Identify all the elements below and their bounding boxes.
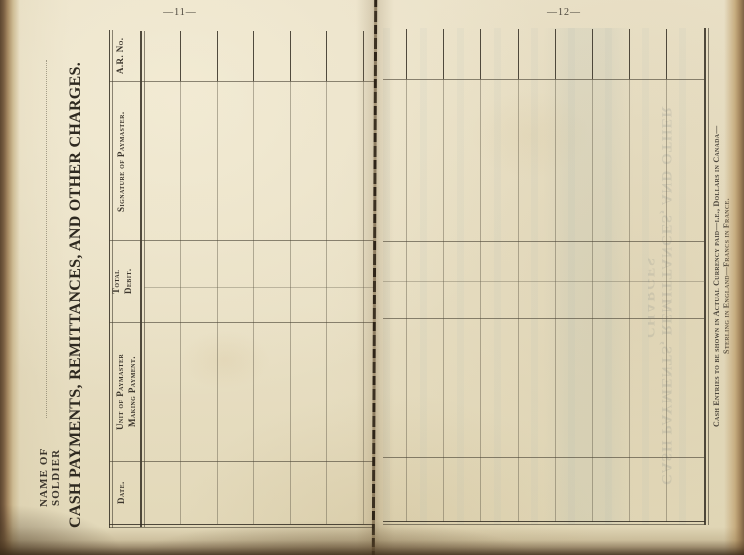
table-rule-line bbox=[109, 240, 374, 241]
table-rule-line bbox=[144, 31, 145, 527]
page-number-left: —11— bbox=[150, 7, 210, 18]
table-rule-line bbox=[518, 29, 519, 79]
table-rule-line bbox=[144, 287, 374, 288]
table-rule-line bbox=[253, 31, 254, 81]
table-rule-line bbox=[518, 79, 519, 522]
soldier-name-dotted-line bbox=[46, 60, 47, 418]
table-rule-line bbox=[290, 31, 291, 81]
table-rule-line bbox=[480, 29, 481, 79]
column-header-unit-of-paymaster: Unit of Paymaster Making Payment. bbox=[114, 326, 140, 458]
table-rule-line bbox=[666, 29, 667, 79]
table-rule-line bbox=[592, 79, 593, 522]
column-header-signature-of-paymaster: Signature of Paymaster. bbox=[115, 86, 130, 238]
column-header-date-line: Date. bbox=[115, 464, 127, 521]
table-rule-line bbox=[326, 81, 327, 524]
table-rule-line bbox=[406, 29, 407, 79]
book-cover-left-edge bbox=[0, 0, 20, 555]
table-rule-line bbox=[109, 524, 374, 525]
page-title: CASH PAYMENTS, REMITTANCES, AND OTHER CH… bbox=[67, 55, 97, 535]
table-rule-line bbox=[555, 29, 556, 79]
table-rule-line bbox=[180, 81, 181, 524]
table-rule-line bbox=[443, 79, 444, 522]
column-header-date: Date. bbox=[115, 464, 130, 521]
column-header-total-debit: Total Debit. bbox=[110, 243, 136, 320]
table-rule-line bbox=[383, 524, 705, 525]
table-rule-line bbox=[406, 79, 407, 522]
table-rule-line bbox=[217, 31, 218, 81]
table-rule-line bbox=[480, 79, 481, 522]
table-rule-line bbox=[629, 79, 630, 522]
table-rule-line bbox=[253, 81, 254, 524]
table-rule-line bbox=[140, 31, 142, 527]
currency-footnote-line-1: Cash Entries to be shown in Actual Curre… bbox=[712, 30, 722, 522]
column-header-unit-line-2: Making Payment. bbox=[126, 326, 138, 458]
soldier-name-label: NAME OF SOLDIER bbox=[38, 418, 53, 536]
table-rule-line bbox=[629, 29, 630, 79]
table-rule-line bbox=[109, 322, 374, 323]
page-number-right: —12— bbox=[534, 7, 594, 18]
table-rule-line bbox=[109, 81, 374, 82]
ghost-showthrough-title: CASH PAYMENTS, REMITTANCES, AND OTHER CH… bbox=[648, 80, 674, 510]
table-rule-line bbox=[383, 521, 705, 522]
column-header-total-line-2: Debit. bbox=[122, 243, 134, 320]
table-rule-line bbox=[592, 29, 593, 79]
column-header-signature-line: Signature of Paymaster. bbox=[115, 86, 127, 238]
table-rule-line bbox=[290, 81, 291, 524]
table-rule-line bbox=[555, 79, 556, 522]
scanned-paybook-spread: CASH PAYMENTS, REMITTANCES, AND OTHER CH… bbox=[0, 0, 744, 555]
table-rule-line bbox=[326, 31, 327, 81]
column-header-total-line-1: Total bbox=[110, 243, 122, 320]
table-rule-line bbox=[180, 31, 181, 81]
page-right-edge bbox=[724, 0, 744, 555]
table-rule-line bbox=[217, 81, 218, 524]
table-rule-line bbox=[708, 28, 709, 525]
table-rule-line bbox=[704, 28, 706, 525]
column-header-ar-no-line: A.R. No. bbox=[114, 32, 126, 80]
column-header-ar-no: A.R. No. bbox=[114, 32, 129, 80]
column-header-unit-line-1: Unit of Paymaster bbox=[114, 326, 126, 458]
table-rule-line bbox=[443, 29, 444, 79]
table-rule-line bbox=[109, 461, 374, 462]
table-rule-line bbox=[109, 527, 374, 528]
